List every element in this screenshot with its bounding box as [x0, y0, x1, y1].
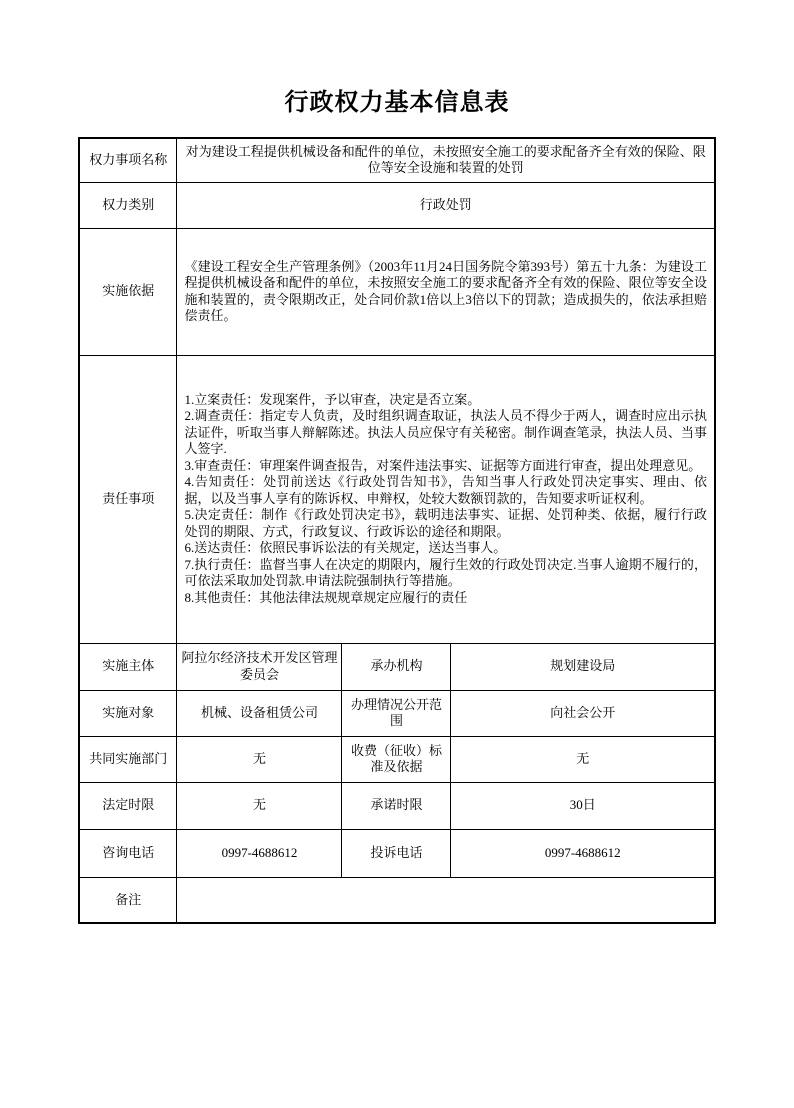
undertaking-agency-value: 规划建设局 [451, 643, 715, 690]
implementation-basis-label: 实施依据 [79, 228, 177, 355]
row-responsibility-items: 责任事项 1.立案责任：发现案件，予以审查，决定是否立案。 2.调查责任：指定专… [79, 355, 715, 643]
row-consultation-phone: 咨询电话 0997-4688612 投诉电话 0997-4688612 [79, 829, 715, 877]
implementation-target-value: 机械、设备租赁公司 [177, 690, 342, 736]
power-category-value: 行政处罚 [177, 182, 715, 228]
statutory-time-limit-value: 无 [177, 782, 342, 829]
document-title: 行政权力基本信息表 [0, 0, 794, 120]
implementation-basis-value: 《建设工程安全生产管理条例》（2003年11月24日国务院令第393号）第五十九… [177, 228, 715, 355]
row-implementing-body: 实施主体 阿拉尔经济技术开发区管理委员会 承办机构 规划建设局 [79, 643, 715, 690]
document-page: 行政权力基本信息表 权力事项名称 对为建设工程提供机械设备和配件的单位，未按照安… [0, 0, 794, 924]
complaint-phone-label: 投诉电话 [342, 829, 451, 877]
joint-implementation-department-label: 共同实施部门 [79, 736, 177, 782]
statutory-time-limit-label: 法定时限 [79, 782, 177, 829]
joint-implementation-department-value: 无 [177, 736, 342, 782]
promised-time-limit-value: 30日 [451, 782, 715, 829]
responsibility-items-value: 1.立案责任：发现案件，予以审查，决定是否立案。 2.调查责任：指定专人负责，及… [177, 355, 715, 643]
row-joint-implementation-department: 共同实施部门 无 收费（征收）标准及依据 无 [79, 736, 715, 782]
row-power-item-name: 权力事项名称 对为建设工程提供机械设备和配件的单位，未按照安全施工的要求配备齐全… [79, 138, 715, 182]
disclosure-scope-label: 办理情况公开范围 [342, 690, 451, 736]
remarks-value [177, 877, 715, 923]
promised-time-limit-label: 承诺时限 [342, 782, 451, 829]
fee-standard-label: 收费（征收）标准及依据 [342, 736, 451, 782]
row-implementation-target: 实施对象 机械、设备租赁公司 办理情况公开范围 向社会公开 [79, 690, 715, 736]
power-item-name-label: 权力事项名称 [79, 138, 177, 182]
power-category-label: 权力类别 [79, 182, 177, 228]
row-remarks: 备注 [79, 877, 715, 923]
implementing-body-label: 实施主体 [79, 643, 177, 690]
fee-standard-value: 无 [451, 736, 715, 782]
row-implementation-basis: 实施依据 《建设工程安全生产管理条例》（2003年11月24日国务院令第393号… [79, 228, 715, 355]
row-statutory-time-limit: 法定时限 无 承诺时限 30日 [79, 782, 715, 829]
row-power-category: 权力类别 行政处罚 [79, 182, 715, 228]
info-table: 权力事项名称 对为建设工程提供机械设备和配件的单位，未按照安全施工的要求配备齐全… [78, 137, 716, 924]
consultation-phone-value: 0997-4688612 [177, 829, 342, 877]
responsibility-items-label: 责任事项 [79, 355, 177, 643]
complaint-phone-value: 0997-4688612 [451, 829, 715, 877]
undertaking-agency-label: 承办机构 [342, 643, 451, 690]
implementation-target-label: 实施对象 [79, 690, 177, 736]
power-item-name-value: 对为建设工程提供机械设备和配件的单位，未按照安全施工的要求配备齐全有效的保险、限… [177, 138, 715, 182]
disclosure-scope-value: 向社会公开 [451, 690, 715, 736]
remarks-label: 备注 [79, 877, 177, 923]
implementing-body-value: 阿拉尔经济技术开发区管理委员会 [177, 643, 342, 690]
consultation-phone-label: 咨询电话 [79, 829, 177, 877]
